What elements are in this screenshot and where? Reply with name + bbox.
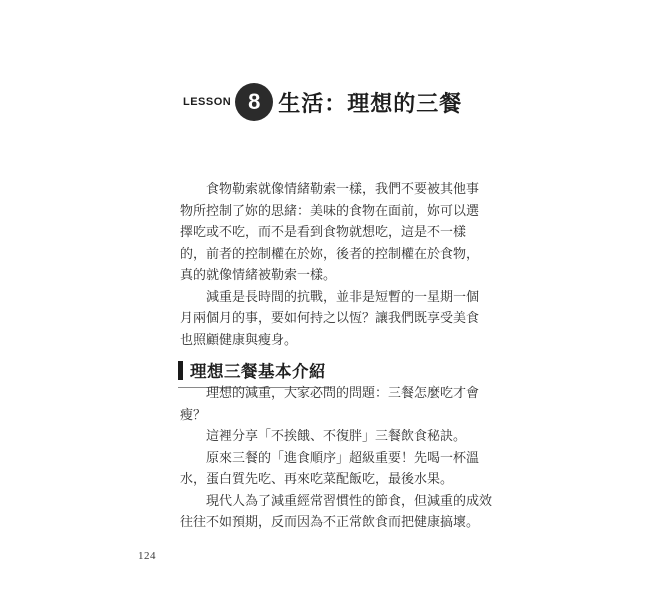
lesson-number-badge: 8	[235, 83, 273, 121]
page-number: 124	[138, 550, 156, 562]
lesson-number: 8	[248, 89, 260, 115]
intro-paragraphs: 食物勒索就像情緒勒索一樣，我們不要被其他事 物所控制了妳的思緒：美味的食物在面前…	[180, 178, 482, 350]
chapter-title: 生活：理想的三餐	[278, 87, 462, 118]
lesson-label: LESSON	[183, 96, 231, 108]
lesson-header: LESSON 8 生活：理想的三餐	[183, 83, 462, 121]
heading-bar	[178, 361, 183, 380]
section-paragraphs: 理想的減重，大家必問的問題：三餐怎麼吃才會 瘦？ 這裡分享「不挨餓、不復胖」三餐…	[180, 382, 482, 533]
book-page: LESSON 8 生活：理想的三餐 食物勒索就像情緒勒索一樣，我們不要被其他事 …	[0, 0, 655, 609]
section-heading-text: 理想三餐基本介紹	[190, 358, 326, 382]
